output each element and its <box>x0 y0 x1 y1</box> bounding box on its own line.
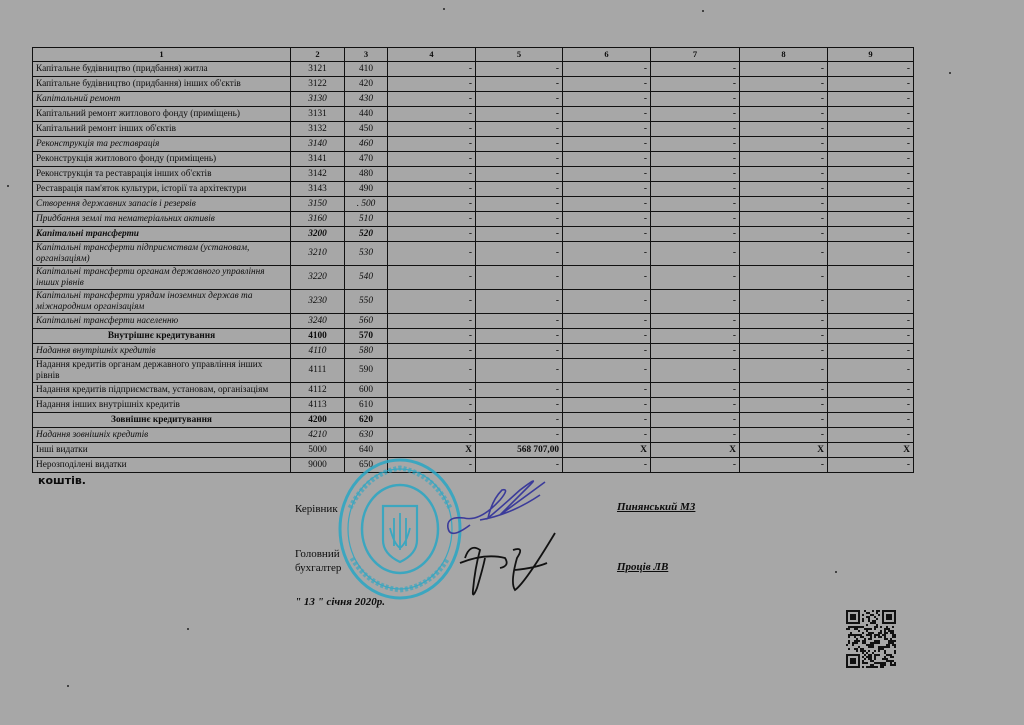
scan-speck <box>7 185 9 187</box>
row-name-cell: Зовнішнє кредитування <box>33 413 291 428</box>
row-value-cell-col5: - <box>476 197 563 212</box>
row-name-cell: Реконструкція та реставрація <box>33 137 291 152</box>
row-value-cell-col4: - <box>388 92 476 107</box>
row-value-cell-col8: - <box>740 62 828 77</box>
row-code-cell: 3141 <box>291 152 345 167</box>
row-value-cell-col4: - <box>388 212 476 227</box>
row-value-cell-col7: - <box>651 62 740 77</box>
row-value-cell-col7: - <box>651 383 740 398</box>
row-value-cell-col8: - <box>740 266 828 290</box>
row-value-cell-col6: X <box>563 443 651 458</box>
row-line-cell: 560 <box>345 314 388 329</box>
row-value-cell-col5: - <box>476 428 563 443</box>
row-line-cell: 620 <box>345 413 388 428</box>
row-line-cell: 450 <box>345 122 388 137</box>
row-value-cell-col6: - <box>563 182 651 197</box>
row-value-cell-col6: - <box>563 398 651 413</box>
table-row: Реконструкція та реставрація3140460-----… <box>33 137 914 152</box>
row-line-cell: 610 <box>345 398 388 413</box>
row-value-cell-col4: - <box>388 383 476 398</box>
row-value-cell-col7: - <box>651 266 740 290</box>
row-value-cell-col7: - <box>651 242 740 266</box>
row-code-cell: 4200 <box>291 413 345 428</box>
row-value-cell-col7: - <box>651 359 740 383</box>
table-row: Надання внутрішніх кредитів4110580------ <box>33 344 914 359</box>
row-name-cell: Нерозподілені видатки <box>33 458 291 473</box>
row-value-cell-col4: - <box>388 77 476 92</box>
row-value-cell-col7: - <box>651 167 740 182</box>
row-code-cell: 3210 <box>291 242 345 266</box>
row-value-cell-col8: - <box>740 290 828 314</box>
row-value-cell-col9: - <box>828 227 914 242</box>
row-value-cell-col5: 568 707,00 <box>476 443 563 458</box>
row-value-cell-col8: - <box>740 428 828 443</box>
table-row: Капітальні трансферти підприємствам (уст… <box>33 242 914 266</box>
row-value-cell-col5: - <box>476 242 563 266</box>
row-name-cell: Надання зовнішніх кредитів <box>33 428 291 443</box>
row-code-cell: 3122 <box>291 77 345 92</box>
row-value-cell-col4: - <box>388 137 476 152</box>
table-row: Капітальний ремонт3130430------ <box>33 92 914 107</box>
row-value-cell-col8: - <box>740 107 828 122</box>
table-row: Зовнішнє кредитування4200620------ <box>33 413 914 428</box>
table-row: Створення державних запасів і резервів31… <box>33 197 914 212</box>
row-value-cell-col6: - <box>563 122 651 137</box>
report-table-body: Капітальне будівництво (придбання) житла… <box>33 62 914 473</box>
row-line-cell: 410 <box>345 62 388 77</box>
table-row: Придбання землі та нематеріальних активі… <box>33 212 914 227</box>
table-row: Реконструкція та реставрація інших об'єк… <box>33 167 914 182</box>
row-value-cell-col8: - <box>740 314 828 329</box>
row-name-cell: Капітальні трансферти підприємствам (уст… <box>33 242 291 266</box>
row-value-cell-col8: - <box>740 197 828 212</box>
row-value-cell-col7: X <box>651 443 740 458</box>
row-value-cell-col9: - <box>828 122 914 137</box>
row-value-cell-col6: - <box>563 314 651 329</box>
row-value-cell-col7: - <box>651 458 740 473</box>
row-value-cell-col4: - <box>388 242 476 266</box>
row-value-cell-col9: - <box>828 383 914 398</box>
row-value-cell-col6: - <box>563 359 651 383</box>
column-header-4: 4 <box>388 48 476 62</box>
table-row: Надання кредитів підприємствам, установа… <box>33 383 914 398</box>
table-row: Капітальні трансферти урядам іноземних д… <box>33 290 914 314</box>
expenditure-report-table: 123456789 Капітальне будівництво (придба… <box>32 47 914 473</box>
scan-speck <box>443 8 445 10</box>
row-value-cell-col4: - <box>388 62 476 77</box>
row-value-cell-col4: - <box>388 197 476 212</box>
scanned-document-page: 123456789 Капітальне будівництво (придба… <box>0 0 1024 725</box>
qr-code-icon <box>846 610 896 668</box>
row-value-cell-col9: - <box>828 398 914 413</box>
row-code-cell: 3142 <box>291 167 345 182</box>
row-value-cell-col8: X <box>740 443 828 458</box>
document-date: " 13 " січня 2020р. <box>295 596 385 608</box>
column-header-8: 8 <box>740 48 828 62</box>
row-value-cell-col4: - <box>388 167 476 182</box>
row-value-cell-col9: - <box>828 314 914 329</box>
row-name-cell: Придбання землі та нематеріальних активі… <box>33 212 291 227</box>
row-value-cell-col4: X <box>388 443 476 458</box>
row-code-cell: 3160 <box>291 212 345 227</box>
table-row: Капітальне будівництво (придбання) інших… <box>33 77 914 92</box>
row-code-cell: 3131 <box>291 107 345 122</box>
row-code-cell: 4113 <box>291 398 345 413</box>
row-value-cell-col8: - <box>740 359 828 383</box>
row-value-cell-col5: - <box>476 398 563 413</box>
row-line-cell: 540 <box>345 266 388 290</box>
row-value-cell-col7: - <box>651 107 740 122</box>
row-name-cell: Надання внутрішніх кредитів <box>33 344 291 359</box>
row-code-cell: 5000 <box>291 443 345 458</box>
row-value-cell-col6: - <box>563 137 651 152</box>
row-name-cell: Надання інших внутрішніх кредитів <box>33 398 291 413</box>
row-value-cell-col9: X <box>828 443 914 458</box>
row-line-cell: 630 <box>345 428 388 443</box>
row-name-cell: Капітальний ремонт житлового фонду (прим… <box>33 107 291 122</box>
row-value-cell-col8: - <box>740 182 828 197</box>
row-value-cell-col9: - <box>828 92 914 107</box>
head-label: Керівник <box>295 503 338 516</box>
table-row: Внутрішнє кредитування4100570------ <box>33 329 914 344</box>
row-value-cell-col7: - <box>651 182 740 197</box>
column-header-7: 7 <box>651 48 740 62</box>
row-value-cell-col6: - <box>563 107 651 122</box>
row-code-cell: 3140 <box>291 137 345 152</box>
row-value-cell-col6: - <box>563 290 651 314</box>
row-value-cell-col4: - <box>388 413 476 428</box>
row-value-cell-col7: - <box>651 314 740 329</box>
row-value-cell-col5: - <box>476 167 563 182</box>
row-value-cell-col5: - <box>476 77 563 92</box>
row-value-cell-col9: - <box>828 428 914 443</box>
row-line-cell: 440 <box>345 107 388 122</box>
row-value-cell-col4: - <box>388 227 476 242</box>
row-value-cell-col6: - <box>563 428 651 443</box>
row-value-cell-col9: - <box>828 62 914 77</box>
row-line-cell: 470 <box>345 152 388 167</box>
row-name-cell: Капітальні трансферти населенню <box>33 314 291 329</box>
row-value-cell-col7: - <box>651 122 740 137</box>
row-value-cell-col6: - <box>563 77 651 92</box>
row-code-cell: 3200 <box>291 227 345 242</box>
column-header-1: 1 <box>33 48 291 62</box>
table-row: Капітальний ремонт інших об'єктів3132450… <box>33 122 914 137</box>
row-value-cell-col8: - <box>740 383 828 398</box>
row-name-cell: Капітальні трансферти <box>33 227 291 242</box>
row-name-cell: Надання кредитів підприємствам, установа… <box>33 383 291 398</box>
row-value-cell-col5: - <box>476 359 563 383</box>
row-value-cell-col5: - <box>476 227 563 242</box>
row-code-cell: 4100 <box>291 329 345 344</box>
row-value-cell-col7: - <box>651 212 740 227</box>
row-code-cell: 4112 <box>291 383 345 398</box>
row-value-cell-col9: - <box>828 413 914 428</box>
row-value-cell-col4: - <box>388 152 476 167</box>
row-value-cell-col7: - <box>651 398 740 413</box>
row-value-cell-col9: - <box>828 107 914 122</box>
row-value-cell-col7: - <box>651 92 740 107</box>
row-value-cell-col5: - <box>476 383 563 398</box>
row-value-cell-col4: - <box>388 428 476 443</box>
row-name-cell: Реконструкція житлового фонду (приміщень… <box>33 152 291 167</box>
row-value-cell-col6: - <box>563 329 651 344</box>
row-code-cell: 3240 <box>291 314 345 329</box>
table-row: Надання інших внутрішніх кредитів4113610… <box>33 398 914 413</box>
row-name-cell: Реконструкція та реставрація інших об'єк… <box>33 167 291 182</box>
scan-speck <box>702 10 704 12</box>
row-value-cell-col9: - <box>828 329 914 344</box>
row-value-cell-col4: - <box>388 359 476 383</box>
row-value-cell-col7: - <box>651 413 740 428</box>
row-value-cell-col5: - <box>476 152 563 167</box>
row-value-cell-col4: - <box>388 290 476 314</box>
row-value-cell-col4: - <box>388 107 476 122</box>
row-code-cell: 4110 <box>291 344 345 359</box>
row-name-cell: Капітальні трансферти урядам іноземних д… <box>33 290 291 314</box>
row-line-cell: 550 <box>345 290 388 314</box>
row-value-cell-col6: - <box>563 227 651 242</box>
row-value-cell-col6: - <box>563 266 651 290</box>
row-value-cell-col7: - <box>651 152 740 167</box>
column-header-5: 5 <box>476 48 563 62</box>
row-line-cell: 490 <box>345 182 388 197</box>
row-value-cell-col8: - <box>740 413 828 428</box>
row-value-cell-col9: - <box>828 290 914 314</box>
row-code-cell: 3220 <box>291 266 345 290</box>
row-value-cell-col6: - <box>563 152 651 167</box>
row-value-cell-col4: - <box>388 314 476 329</box>
row-name-cell: Реставрація пам'яток культури, історії т… <box>33 182 291 197</box>
row-value-cell-col9: - <box>828 266 914 290</box>
row-value-cell-col5: - <box>476 329 563 344</box>
row-value-cell-col7: - <box>651 329 740 344</box>
row-value-cell-col7: - <box>651 77 740 92</box>
row-value-cell-col5: - <box>476 290 563 314</box>
row-line-cell: 480 <box>345 167 388 182</box>
row-name-cell: Капітальне будівництво (придбання) житла <box>33 62 291 77</box>
row-code-cell: 3150 <box>291 197 345 212</box>
row-value-cell-col5: - <box>476 266 563 290</box>
row-code-cell: 3130 <box>291 92 345 107</box>
row-value-cell-col6: - <box>563 92 651 107</box>
scan-speck <box>67 685 69 687</box>
row-value-cell-col7: - <box>651 197 740 212</box>
table-row: Капітальні трансферти3200520------ <box>33 227 914 242</box>
table-row: Капітальні трансферти населенню3240560--… <box>33 314 914 329</box>
row-value-cell-col5: - <box>476 137 563 152</box>
row-code-cell: 4210 <box>291 428 345 443</box>
row-line-cell: 580 <box>345 344 388 359</box>
row-value-cell-col6: - <box>563 197 651 212</box>
row-value-cell-col9: - <box>828 212 914 227</box>
row-value-cell-col4: - <box>388 266 476 290</box>
row-value-cell-col8: - <box>740 77 828 92</box>
row-value-cell-col4: - <box>388 182 476 197</box>
row-value-cell-col6: - <box>563 242 651 266</box>
row-value-cell-col8: - <box>740 398 828 413</box>
row-value-cell-col5: - <box>476 413 563 428</box>
row-line-cell: 530 <box>345 242 388 266</box>
footer-note-text: коштів. <box>38 474 86 487</box>
row-value-cell-col9: - <box>828 152 914 167</box>
row-name-cell: Інші видатки <box>33 443 291 458</box>
scan-speck <box>949 72 951 74</box>
row-value-cell-col7: - <box>651 344 740 359</box>
row-value-cell-col5: - <box>476 314 563 329</box>
table-row: Інші видатки5000640X568 707,00XXXX <box>33 443 914 458</box>
row-value-cell-col8: - <box>740 329 828 344</box>
row-name-cell: Внутрішнє кредитування <box>33 329 291 344</box>
row-value-cell-col7: - <box>651 290 740 314</box>
row-line-cell: 510 <box>345 212 388 227</box>
scan-speck <box>187 628 189 630</box>
table-row: Реставрація пам'яток культури, історії т… <box>33 182 914 197</box>
row-value-cell-col9: - <box>828 167 914 182</box>
row-value-cell-col8: - <box>740 122 828 137</box>
row-value-cell-col7: - <box>651 227 740 242</box>
row-line-cell: 590 <box>345 359 388 383</box>
row-value-cell-col7: - <box>651 428 740 443</box>
row-value-cell-col6: - <box>563 344 651 359</box>
accountant-label-line1: Головний <box>295 548 340 561</box>
column-header-2: 2 <box>291 48 345 62</box>
row-value-cell-col5: - <box>476 182 563 197</box>
row-value-cell-col5: - <box>476 92 563 107</box>
row-value-cell-col8: - <box>740 152 828 167</box>
row-line-cell: . 500 <box>345 197 388 212</box>
row-line-cell: 520 <box>345 227 388 242</box>
row-code-cell: 3132 <box>291 122 345 137</box>
row-value-cell-col4: - <box>388 398 476 413</box>
row-value-cell-col6: - <box>563 413 651 428</box>
row-value-cell-col4: - <box>388 344 476 359</box>
row-value-cell-col5: - <box>476 62 563 77</box>
accountant-label-line2: бухгалтер <box>295 562 341 575</box>
row-value-cell-col6: - <box>563 167 651 182</box>
column-header-6: 6 <box>563 48 651 62</box>
row-line-cell: 600 <box>345 383 388 398</box>
row-line-cell: 430 <box>345 92 388 107</box>
row-code-cell: 4111 <box>291 359 345 383</box>
row-name-cell: Капітальні трансферти органам державного… <box>33 266 291 290</box>
row-value-cell-col9: - <box>828 137 914 152</box>
row-value-cell-col9: - <box>828 182 914 197</box>
row-value-cell-col8: - <box>740 242 828 266</box>
table-row: Капітальне будівництво (придбання) житла… <box>33 62 914 77</box>
row-value-cell-col5: - <box>476 212 563 227</box>
row-value-cell-col8: - <box>740 212 828 227</box>
row-line-cell: 640 <box>345 443 388 458</box>
scan-speck <box>835 571 837 573</box>
row-name-cell: Надання кредитів органам державного упра… <box>33 359 291 383</box>
row-value-cell-col4: - <box>388 329 476 344</box>
row-code-cell: 9000 <box>291 458 345 473</box>
row-line-cell: 420 <box>345 77 388 92</box>
row-value-cell-col8: - <box>740 137 828 152</box>
row-value-cell-col5: - <box>476 107 563 122</box>
row-value-cell-col8: - <box>740 458 828 473</box>
row-code-cell: 3121 <box>291 62 345 77</box>
row-code-cell: 3143 <box>291 182 345 197</box>
row-line-cell: 460 <box>345 137 388 152</box>
row-line-cell: 570 <box>345 329 388 344</box>
column-number-header-row: 123456789 <box>33 48 914 62</box>
accountant-signature <box>455 528 565 603</box>
row-name-cell: Капітальний ремонт інших об'єктів <box>33 122 291 137</box>
row-value-cell-col8: - <box>740 167 828 182</box>
row-value-cell-col9: - <box>828 77 914 92</box>
row-name-cell: Капітальний ремонт <box>33 92 291 107</box>
row-code-cell: 3230 <box>291 290 345 314</box>
row-name-cell: Створення державних запасів і резервів <box>33 197 291 212</box>
table-row: Реконструкція житлового фонду (приміщень… <box>33 152 914 167</box>
row-value-cell-col4: - <box>388 122 476 137</box>
row-value-cell-col9: - <box>828 359 914 383</box>
row-value-cell-col6: - <box>563 458 651 473</box>
row-value-cell-col9: - <box>828 458 914 473</box>
row-value-cell-col6: - <box>563 62 651 77</box>
head-name: Пинянський МЗ <box>617 501 695 513</box>
row-value-cell-col6: - <box>563 383 651 398</box>
row-value-cell-col5: - <box>476 122 563 137</box>
row-value-cell-col8: - <box>740 92 828 107</box>
row-value-cell-col8: - <box>740 344 828 359</box>
row-value-cell-col9: - <box>828 197 914 212</box>
row-value-cell-col5: - <box>476 344 563 359</box>
row-value-cell-col6: - <box>563 212 651 227</box>
row-value-cell-col8: - <box>740 227 828 242</box>
row-value-cell-col7: - <box>651 137 740 152</box>
table-row: Надання кредитів органам державного упра… <box>33 359 914 383</box>
accountant-name: Проців ЛВ <box>617 561 668 573</box>
row-value-cell-col9: - <box>828 344 914 359</box>
table-row: Капітальні трансферти органам державного… <box>33 266 914 290</box>
row-name-cell: Капітальне будівництво (придбання) інших… <box>33 77 291 92</box>
table-row: Капітальний ремонт житлового фонду (прим… <box>33 107 914 122</box>
column-header-3: 3 <box>345 48 388 62</box>
row-value-cell-col9: - <box>828 242 914 266</box>
column-header-9: 9 <box>828 48 914 62</box>
table-row: Надання зовнішніх кредитів4210630------ <box>33 428 914 443</box>
